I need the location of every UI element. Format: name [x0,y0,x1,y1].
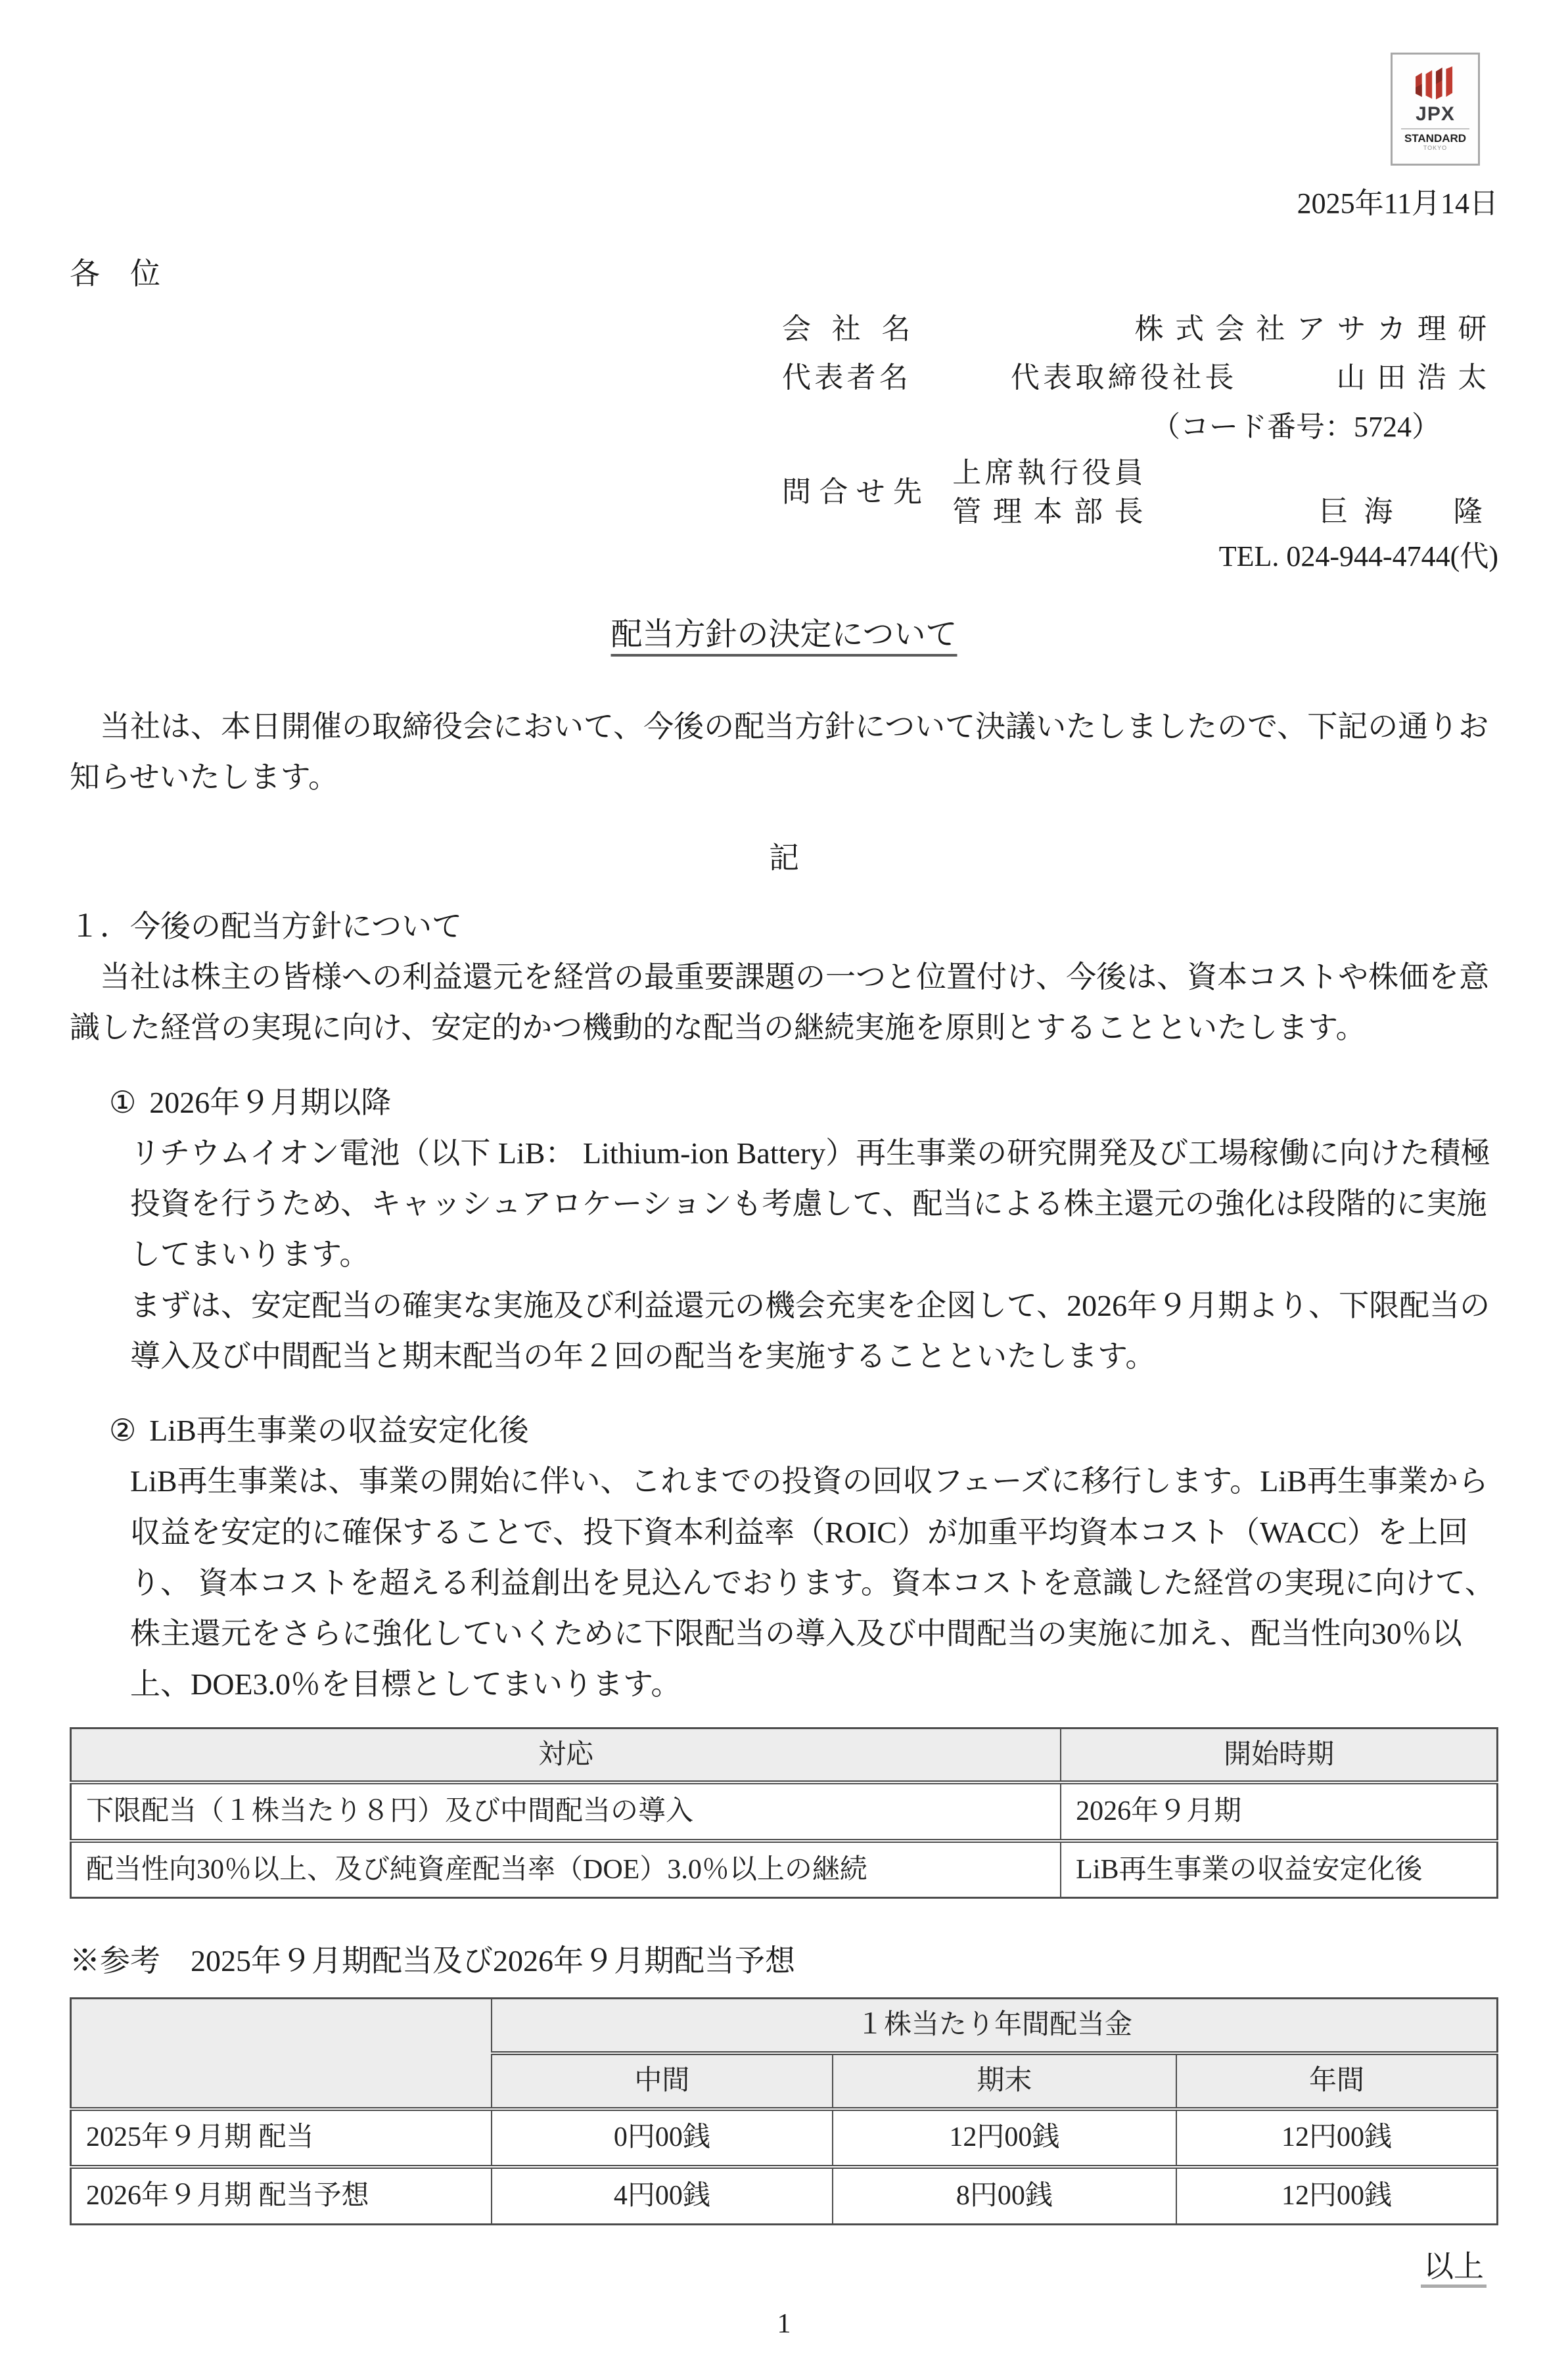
policy-table-header-row: 対応 開始時期 [71,1728,1498,1782]
policy-row1-response: 下限配当（１株当たり８円）及び中間配当の導入 [71,1782,1061,1841]
reference-table-span-header: １株当たり年間配当金 [492,1998,1498,2053]
reference-caption: ※参考 2025年９月期配当及び2026年９月期配当予想 [70,1936,1498,1986]
reference-row2-yearend: 8円00銭 [833,2167,1176,2225]
item1-number: ① [109,1077,136,1128]
jpx-logo-text: JPX [1416,104,1455,124]
item1-heading-row: ① 2026年９月期以降 [109,1077,1498,1128]
reference-col-interim: 中間 [492,2053,833,2109]
jpx-standard-text: STANDARD [1404,133,1466,144]
policy-row2-response: 配当性向30％以上、及び純資産配当率（DOE）3.0％以上の継続 [71,1841,1061,1898]
company-name-value: 株式会社アサカ理研 [1134,313,1498,345]
document-page: JPX STANDARD TOKYO 2025年11月14日 各 位 会社名 株… [0,0,1568,2366]
table-row: 2025年９月期 配当 0円00銭 12円00銭 12円00銭 [71,2109,1498,2167]
policy-table: 対応 開始時期 下限配当（１株当たり８円）及び中間配当の導入 2026年９月期 … [70,1727,1498,1899]
reference-row2-annual: 12円00銭 [1176,2167,1498,2225]
contact-title-line1: 上席執行役員 [952,457,1498,489]
dividend-reference-table: １株当たり年間配当金 中間 期末 年間 2025年９月期 配当 0円00銭 12… [70,1997,1498,2226]
representative-title: 代表取締役社長 [1011,362,1237,394]
representative-label: 代表者名 [782,362,911,394]
reference-row2-label: 2026年９月期 配当予想 [71,2167,492,2225]
logo-divider [1401,128,1469,129]
jpx-standard-logo: JPX STANDARD TOKYO [1391,53,1480,166]
item1-heading: 2026年９月期以降 [149,1077,391,1128]
jpx-bars-icon [1413,66,1458,103]
representative-name: 山田浩太 [1337,362,1498,394]
table-row: 下限配当（１株当たり８円）及び中間配当の導入 2026年９月期 [71,1782,1498,1841]
reference-table-corner-cell [71,1998,492,2109]
document-date: 2025年11月14日 [70,188,1498,220]
reference-row1-annual: 12円00銭 [1176,2109,1498,2167]
item2-heading: LiB再生事業の収益安定化後 [149,1405,529,1456]
contact-label: 問合せ先 [782,476,930,508]
jpx-tokyo-text: TOKYO [1423,144,1447,152]
company-block: 会社名 株式会社アサカ理研 代表者名 代表取締役社長 山田浩太 （コード番号：5… [782,313,1498,572]
contact-titles: 上席執行役員 管理本部長 巨海 隆 [952,457,1498,528]
policy-table-header-response: 対応 [71,1728,1061,1782]
policy-row2-start: LiB再生事業の収益安定化後 [1061,1841,1497,1898]
reference-col-yearend: 期末 [833,2053,1176,2109]
contact-row: 問合せ先 上席執行役員 管理本部長 巨海 隆 [782,457,1498,528]
table-row: 配当性向30％以上、及び純資産配当率（DOE）3.0％以上の継続 LiB再生事業… [71,1841,1498,1898]
policy-row1-start: 2026年９月期 [1061,1782,1497,1841]
company-name-row: 会社名 株式会社アサカ理研 [782,313,1498,345]
intro-paragraph: 当社は、本日開催の取締役会において、今後の配当方針について決議いたしましたので、… [70,701,1498,803]
table-row: 2026年９月期 配当予想 4円00銭 8円00銭 12円00銭 [71,2167,1498,2225]
item2-block: ② LiB再生事業の収益安定化後 LiB再生事業は、事業の開始に伴い、これまでの… [109,1405,1498,1710]
closing-marker: 以上 [70,2241,1498,2292]
reference-row2-interim: 4円00銭 [492,2167,833,2225]
contact-person-name: 巨海 隆 [1319,496,1498,528]
reference-row1-label: 2025年９月期 配当 [71,2109,492,2167]
reference-col-annual: 年間 [1176,2053,1498,2109]
section1-heading: １．今後の配当方針について [70,901,1498,952]
reference-row1-interim: 0円00銭 [492,2109,833,2167]
item1-paragraph1: リチウムイオン電池（以下 LiB： Lithium-ion Battery）再生… [109,1128,1498,1280]
page-number: 1 [70,2301,1498,2348]
section1-body: 当社は株主の皆様への利益還元を経営の最重要課題の一つと位置付け、今後は、資本コス… [70,952,1498,1054]
company-name-label: 会社名 [782,313,931,345]
contact-title-line2: 管理本部長 [952,496,1155,528]
recipient: 各 位 [70,258,1498,291]
policy-table-header-start: 開始時期 [1061,1728,1497,1782]
contact-tel: TEL. 024-944-4744(代) [782,541,1498,572]
reference-table-span-header-row: １株当たり年間配当金 [71,1998,1498,2053]
stock-code: （コード番号：5724） [782,411,1498,443]
document-title: 配当方針の決定について [70,616,1498,654]
item2-paragraph1: LiB再生事業は、事業の開始に伴い、これまでの投資の回収フェーズに移行します。L… [109,1456,1498,1709]
representative-row: 代表者名 代表取締役社長 山田浩太 [782,362,1498,394]
item1-block: ① 2026年９月期以降 リチウムイオン電池（以下 LiB： Lithium-i… [109,1077,1498,1382]
contact-title-line2-row: 管理本部長 巨海 隆 [952,496,1498,528]
reference-row1-yearend: 12円00銭 [833,2109,1176,2167]
ki-marker: 記 [70,833,1498,883]
item1-paragraph2: まずは、安定配当の確実な実施及び利益還元の機会充実を企図して、2026年９月期よ… [109,1280,1498,1382]
item2-heading-row: ② LiB再生事業の収益安定化後 [109,1405,1498,1456]
item2-number: ② [109,1405,136,1456]
